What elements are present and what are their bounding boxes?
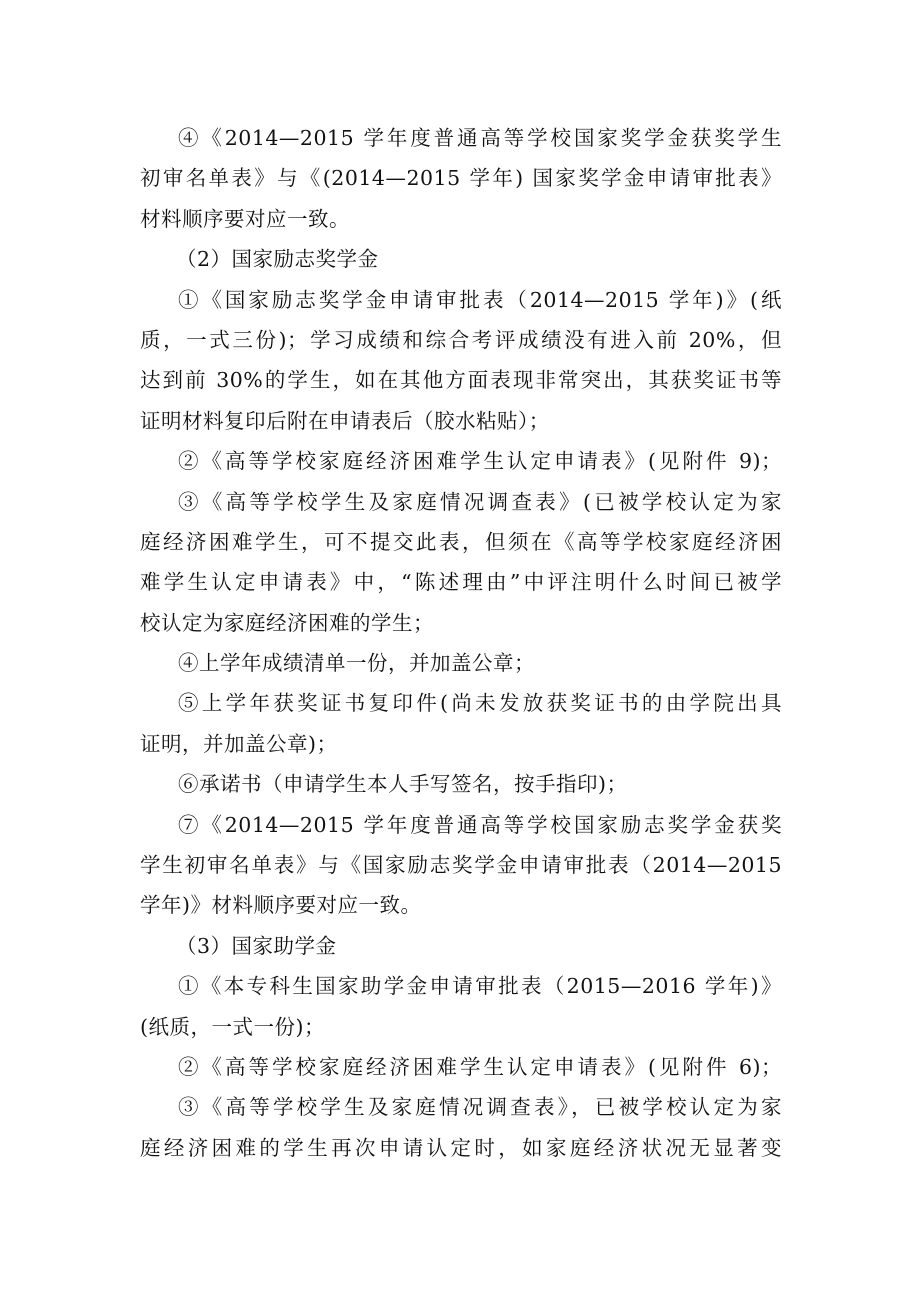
text-line: 庭经济困难学生，可不提交此表，但须在《高等学校家庭经济困: [140, 522, 782, 562]
text-line: 材料顺序要对应一致。: [140, 199, 782, 239]
text-line: 质，一式三份)；学习成绩和综合考评成绩没有进入前 20%，但: [140, 320, 782, 360]
list-item-5: ⑤上学年获奖证书复印件(尚未发放获奖证书的由学院出具: [140, 683, 782, 723]
text-line: 证明，并加盖公章)；: [140, 724, 782, 764]
text-line: 学生初审名单表》与《国家励志奖学金申请审批表（2014—2015: [140, 845, 782, 885]
list-item-2: ②《高等学校家庭经济困难学生认定申请表》(见附件 6)；: [140, 1047, 782, 1087]
list-item-3: ③《高等学校学生及家庭情况调查表》(已被学校认定为家: [140, 482, 782, 522]
text-line: 学年)》材料顺序要对应一致。: [140, 885, 782, 925]
document-page: ④《2014—2015 学年度普通高等学校国家奖学金获奖学生 初审名单表》与《(…: [140, 118, 782, 1168]
list-item-1: ①《本专科生国家助学金申请审批表（2015—2016 学年)》: [140, 966, 782, 1006]
section-heading-national-encouragement-scholarship: （2）国家励志奖学金: [140, 239, 782, 279]
text-line: (纸质，一式一份)；: [140, 1007, 782, 1047]
text-line: 难学生认定申请表》中，“陈述理由”中评注明什么时间已被学: [140, 562, 782, 602]
list-item-6: ⑥承诺书（申请学生本人手写签名，按手指印)；: [140, 764, 782, 804]
section-heading-national-grant: （3）国家助学金: [140, 926, 782, 966]
text-line: 庭经济困难的学生再次申请认定时，如家庭经济状况无显著变: [140, 1128, 782, 1168]
list-item-1: ①《国家励志奖学金申请审批表（2014—2015 学年)》(纸: [140, 280, 782, 320]
list-item-7: ⑦《2014—2015 学年度普通高等学校国家励志奖学金获奖: [140, 805, 782, 845]
list-item-2: ②《高等学校家庭经济困难学生认定申请表》(见附件 9)；: [140, 441, 782, 481]
text-line: 初审名单表》与《(2014—2015 学年) 国家奖学金申请审批表》: [140, 158, 782, 198]
text-line: 达到前 30%的学生，如在其他方面表现非常突出，其获奖证书等: [140, 360, 782, 400]
list-item-4: ④上学年成绩清单一份，并加盖公章；: [140, 643, 782, 683]
text-line: 证明材料复印后附在申请表后（胶水粘贴）；: [140, 401, 782, 441]
text-line: 校认定为家庭经济困难的学生；: [140, 603, 782, 643]
list-item-3: ③《高等学校学生及家庭情况调查表》，已被学校认定为家: [140, 1087, 782, 1127]
list-item-4-national-scholarship: ④《2014—2015 学年度普通高等学校国家奖学金获奖学生: [140, 118, 782, 158]
